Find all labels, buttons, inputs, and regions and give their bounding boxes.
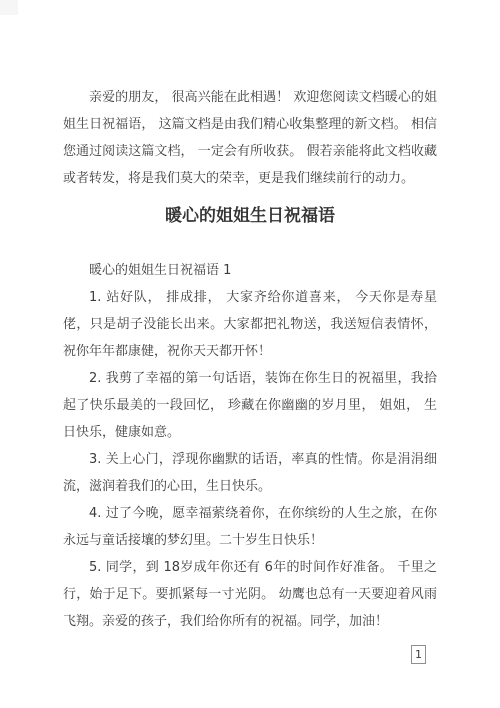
wish-item-3: 3. 关上心门，浮现你幽默的话语，率真的性情。你是涓涓细流，滋润着我们的心田，生…: [63, 446, 437, 500]
document-page: 亲爱的朋友， 很高兴能在此相遇！ 欢迎您阅读文档暖心的姐姐生日祝福语， 这篇文档…: [0, 0, 500, 708]
wish-item-1: 1. 站好队， 排成排， 大家齐给你道喜来， 今天你是寿星佬，只是胡子没能长出来…: [63, 284, 437, 365]
document-title: 暖心的姐姐生日祝福语: [63, 201, 437, 232]
page-number: 1: [411, 645, 426, 664]
scan-corner-artifact: [0, 0, 18, 15]
wish-item-2: 2. 我剪了幸福的第一句话语，装饰在你生日的祝福里，我拾起了快乐最美的一段回忆，…: [63, 365, 437, 446]
document-content: 亲爱的朋友， 很高兴能在此相遇！ 欢迎您阅读文档暖心的姐姐生日祝福语， 这篇文档…: [63, 84, 437, 635]
wish-item-4: 4. 过了今晚，愿幸福萦绕着你，在你缤纷的人生之旅，在你永远与童话接壤的梦幻里。…: [63, 500, 437, 554]
intro-paragraph: 亲爱的朋友， 很高兴能在此相遇！ 欢迎您阅读文档暖心的姐姐生日祝福语， 这篇文档…: [63, 84, 437, 192]
wish-item-5: 5. 同学，到 18岁成年你还有 6年的时间作好准备。 千里之行，始于足下。要抓…: [63, 554, 437, 635]
section-heading: 暖心的姐姐生日祝福语 1: [63, 257, 437, 284]
